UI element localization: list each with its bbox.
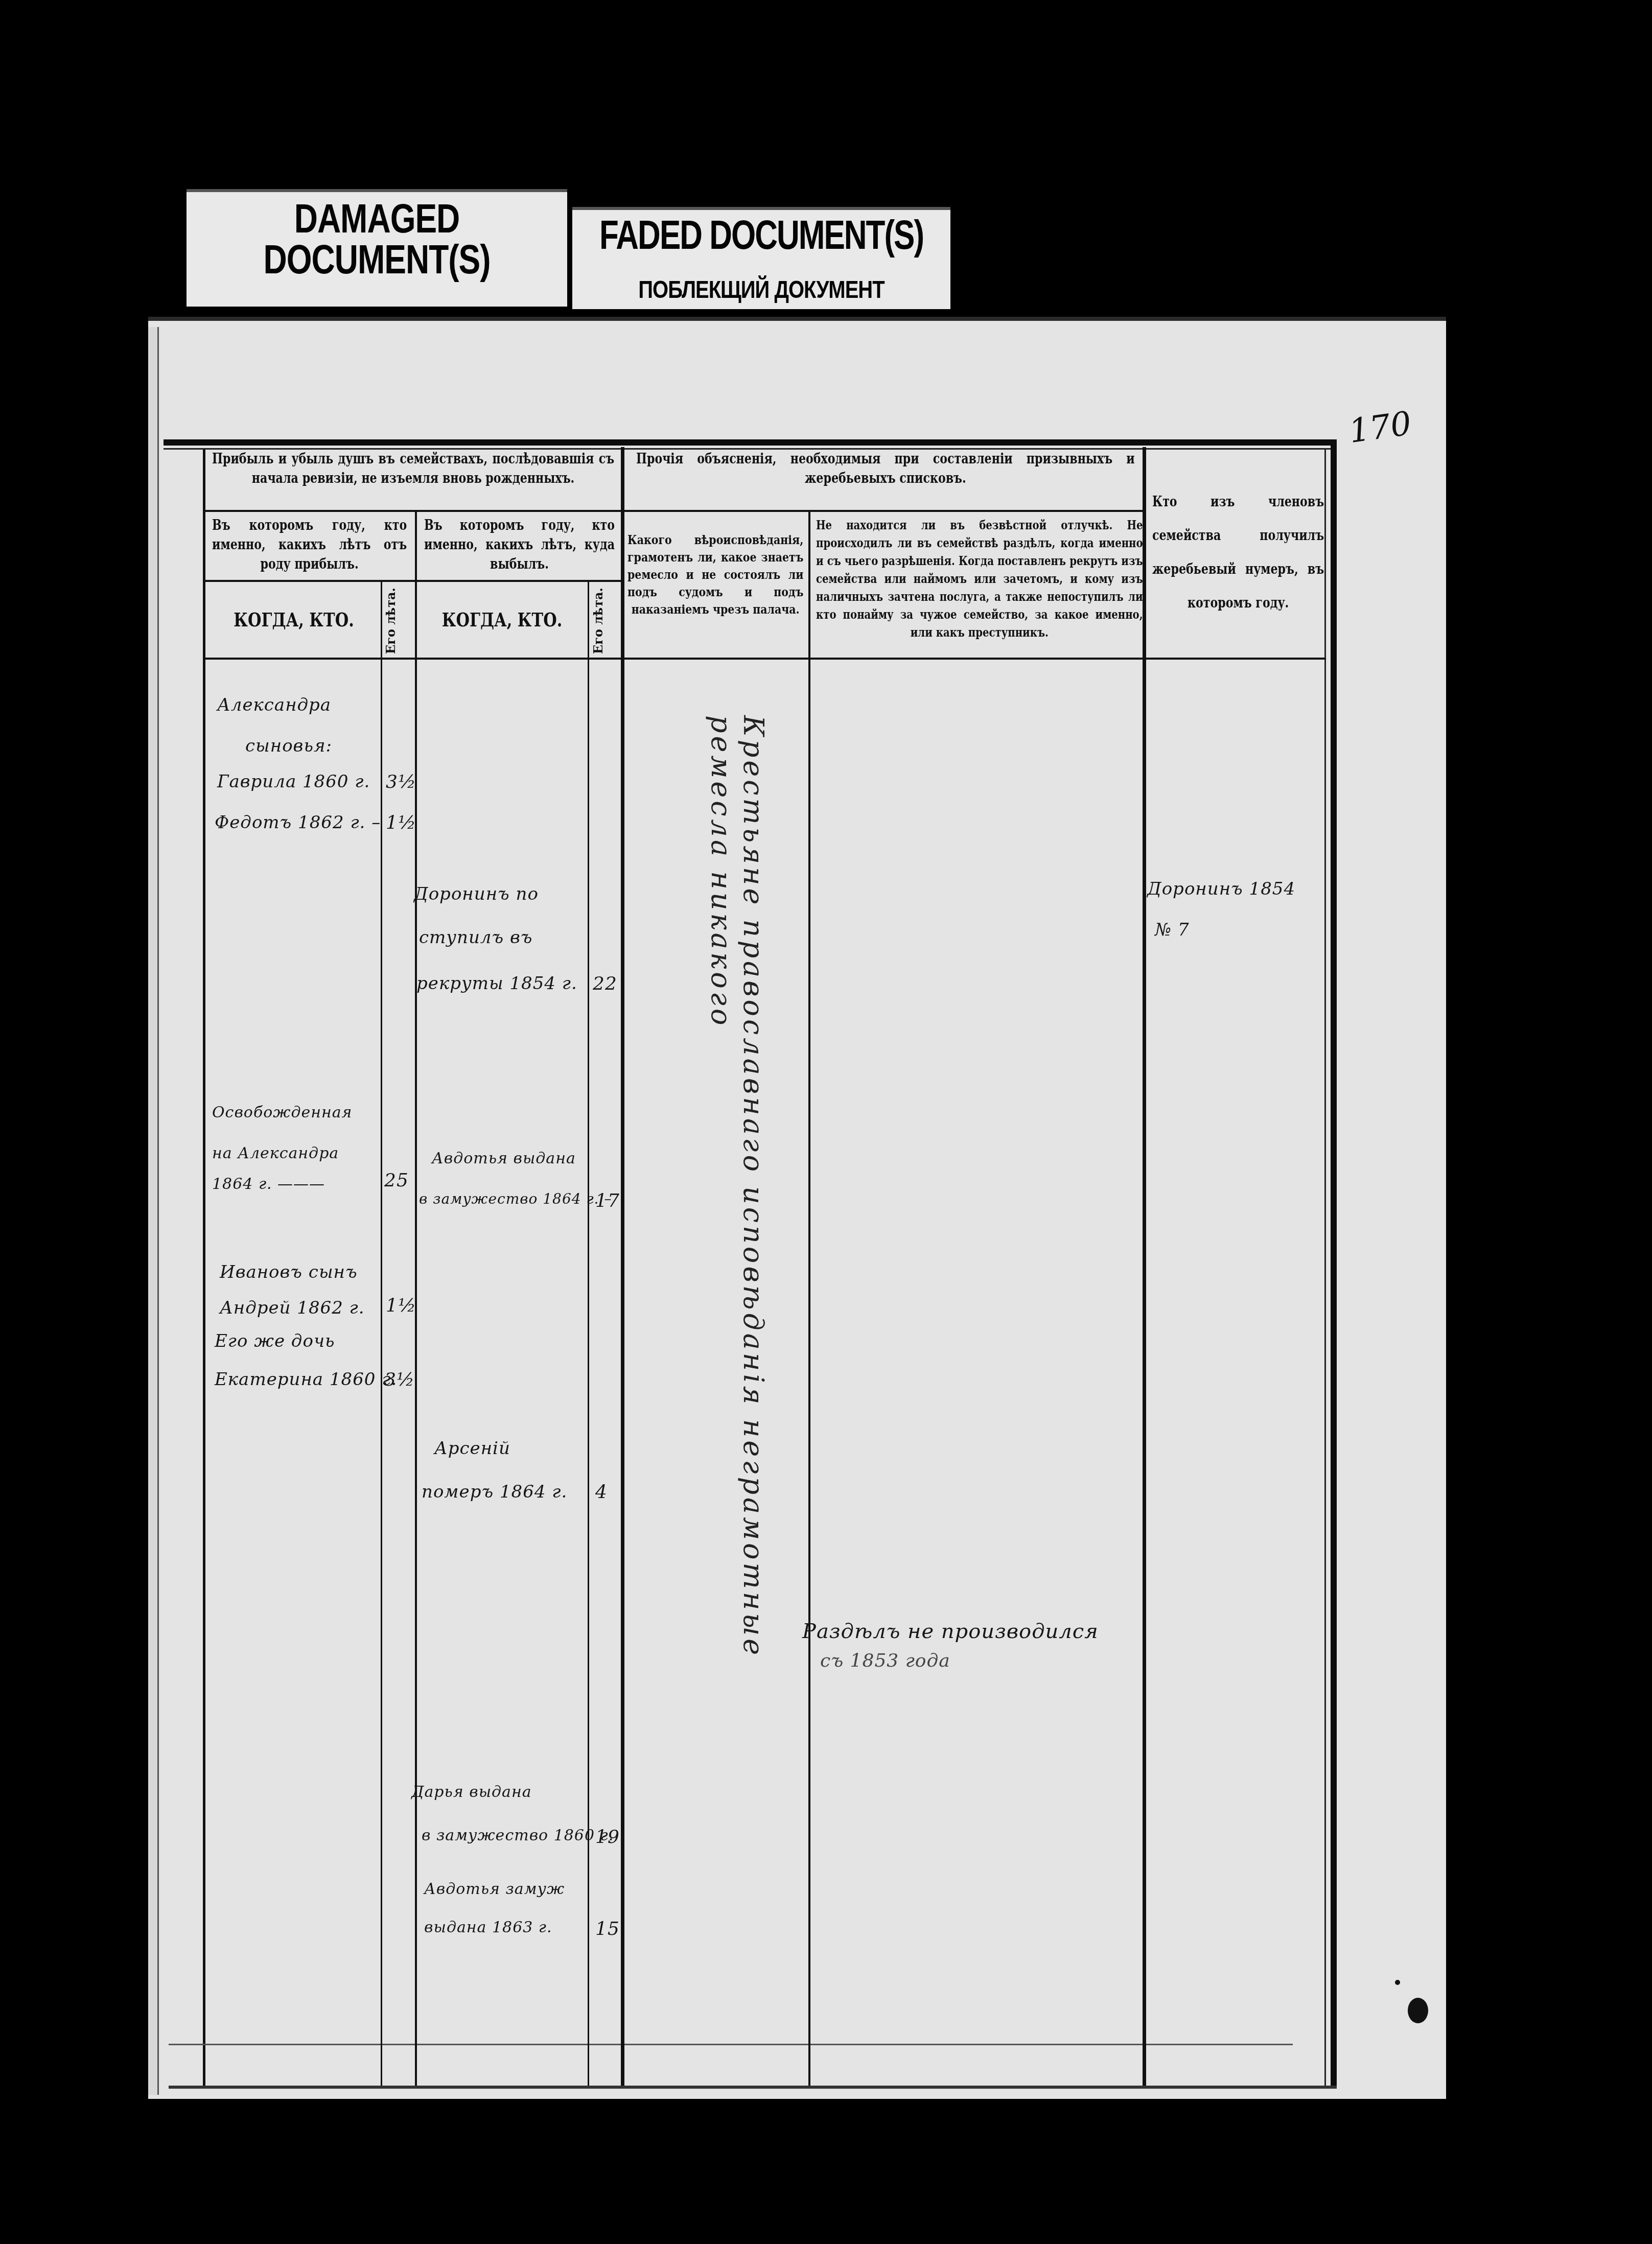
header-when-who-left: КОГДА, КТО. [434, 608, 571, 631]
gained-entry-5-line2: Екатерина 1860 г. [215, 1369, 397, 1390]
left-entry-4-age: 19 [595, 1827, 620, 1848]
faded-label-line1: FADED DOCUMENT(S) [572, 212, 950, 259]
left-entry-1-line2: ступилъ въ [419, 927, 532, 948]
left-entry-5-line2: выдана 1863 г. [424, 1919, 552, 1936]
table-row-divider [169, 2044, 1293, 2045]
col-divider-gained-age [381, 581, 382, 2086]
gained-entry-3-line2: на Александра [212, 1144, 339, 1162]
header-gained: Въ которомъ году, кто именно, какихъ лѣт… [212, 516, 407, 574]
col-divider-absence [1143, 447, 1146, 2086]
header-religion: Какого вѣроисповѣданія, грамотенъ ли, ка… [627, 531, 803, 618]
left-entry-5-age: 15 [595, 1919, 620, 1939]
left-entry-4-line2: в замужество 1860 г. [422, 1827, 614, 1844]
gained-entry-1-line2: сыновья: [245, 736, 332, 756]
left-entry-2-line1: Авдотья выдана [432, 1150, 576, 1167]
damaged-label-line1: DAMAGED [187, 195, 567, 242]
absence-note-line2: съ 1853 года [820, 1650, 950, 1671]
header-divider-2 [204, 580, 622, 582]
faded-label-line2: ПОБЛЕКЩИЙ ДОКУМЕНТ [572, 276, 950, 304]
damaged-document-label: DAMAGED DOCUMENT(S) [187, 189, 567, 307]
col-divider-main [621, 447, 624, 2086]
gained-entry-1-age: 3½ [386, 772, 416, 792]
header-age-left: Его лѣта. [592, 588, 605, 654]
ink-stain [1408, 1998, 1428, 2023]
left-entry-3-line1: Арсеній [434, 1438, 510, 1459]
left-entry-1-line3: рекруты 1854 г. [416, 973, 577, 994]
header-left: Въ которомъ году, кто именно, какихъ лѣт… [424, 516, 615, 574]
gained-entry-3-line1: Освобожденная [212, 1104, 352, 1121]
faded-document-label: FADED DOCUMENT(S) ПОБЛЕКЩИЙ ДОКУМЕНТ [572, 207, 950, 309]
gained-entry-4-age: 1½ [386, 1295, 416, 1316]
header-gain-loss: Прибыль и убыль душъ въ семействахъ, пос… [212, 450, 614, 488]
gained-entry-1-line1: Александра [217, 695, 331, 715]
table-left-border [203, 450, 205, 2087]
religion-note: Крестьяне православнаго исповѣданія негр… [705, 715, 770, 1788]
table-top-border [164, 439, 1337, 446]
ink-dot [1395, 1980, 1400, 1985]
header-lot-number: Кто изъ членовъ семейства получилъ жереб… [1152, 485, 1324, 620]
gained-entry-3-line3: 1864 г. ——— [212, 1175, 325, 1193]
left-entry-3-line2: померъ 1864 г. [422, 1482, 567, 1502]
gained-entry-2-line1: Федотъ 1862 г. – [215, 812, 381, 833]
table-right-border-thin [1324, 449, 1326, 2087]
table-bottom-border [169, 2086, 1337, 2089]
header-age-gained: Его лѣта. [384, 588, 398, 654]
gained-entry-2-age: 1½ [386, 812, 416, 833]
lot-note-line1: Доронинъ 1854 [1147, 879, 1295, 899]
left-entry-1-line1: Доронинъ по [414, 884, 539, 904]
damaged-label-line2: DOCUMENT(S) [187, 236, 567, 283]
header-when-who-gained: КОГДА, КТО. [224, 608, 363, 631]
col-divider-religion [808, 511, 810, 2086]
left-entry-4-line1: Дарья выдана [411, 1783, 532, 1801]
table-right-border [1331, 439, 1337, 2087]
gained-entry-4-line2: Андрей 1862 г. [220, 1298, 365, 1318]
page-binding-edge [148, 327, 159, 2095]
left-entry-5-line1: Авдотья замуж [424, 1880, 565, 1898]
left-entry-2-line2: в замужество 1864 г. – [419, 1190, 612, 1207]
header-other-explanations: Прочія объясненія, необходимыя при соста… [636, 450, 1135, 488]
lot-note-line2: № 7 [1155, 920, 1190, 940]
left-entry-2-age: 17 [595, 1190, 620, 1211]
header-divider-1 [204, 510, 1144, 512]
absence-note-line1: Раздѣлъ не производился [802, 1620, 1099, 1643]
header-divider-3 [204, 658, 1326, 660]
gained-entry-3-age: 25 [384, 1170, 409, 1191]
gained-entry-5-line1: Его же дочь [215, 1331, 335, 1351]
left-entry-3-age: 4 [595, 1482, 608, 1503]
col-divider-left-age [588, 581, 589, 2086]
header-absence: Не находится ли въ безвѣстной отлучкѣ. Н… [816, 516, 1143, 641]
gained-entry-1-line3: Гаврила 1860 г. [217, 772, 370, 792]
gained-entry-4-line1: Ивановъ сынъ [220, 1262, 358, 1282]
left-entry-1-age: 22 [593, 973, 617, 994]
gained-entry-5-age: 3½ [384, 1369, 415, 1390]
